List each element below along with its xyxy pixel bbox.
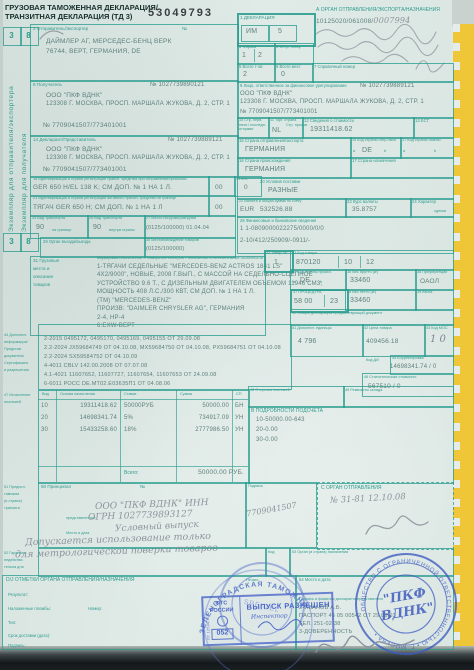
f1-cell-subtype — [269, 25, 297, 42]
f8-receiver-address: 123308 Г. МОСКВА, ПРОСП. МАРШАЛА ЖУКОВА,… — [46, 101, 230, 108]
boxA-handwritten-part: 0007994 — [373, 16, 410, 25]
f26-transport-mode-inland: 90 — [93, 224, 101, 232]
f44-label-l4: документы/ — [4, 354, 24, 359]
f12-label: 12 Сведения о стоимости — [304, 118, 354, 123]
f31-goods-line: УСТРОЙСТВО 9.6 Т., С ДИЗЕЛЬНЫМ ДВИГАТЕЛЕ… — [97, 281, 322, 288]
f33-separator — [360, 256, 361, 268]
f47-cell: 5% — [124, 415, 133, 422]
f52-label-l2: недействи- — [4, 558, 24, 563]
f14-ogrn: № 1027739889121 — [168, 137, 222, 144]
f22-label: 22 Валюта и общая сумма по счету — [239, 199, 301, 204]
f38-label: 38 Вес нетто (кг) — [347, 290, 376, 295]
f31-label-l4: товаров — [33, 282, 50, 288]
f47-cell: УН — [235, 427, 244, 434]
boxA-label: А ОРГАН ОТПРАВЛЕНИЯ/ЭКСПОРТА/НАЗНАЧЕНИЯ — [316, 7, 440, 13]
f51-label-l2: таможни — [4, 492, 19, 497]
f41-label: 41 Дополнит. единицы — [292, 326, 331, 331]
f51-label-l3: (и страна) — [4, 499, 22, 504]
f9-inn: № 7709041507/773401001 — [240, 109, 318, 116]
f45-kod-di-label: Код ДИ — [366, 358, 379, 363]
f50-signature-label: Подпись — [248, 484, 263, 489]
f47-label-l1: 47 Исчисление — [4, 393, 31, 398]
f31-label-l2: места и — [33, 266, 49, 272]
form-title-line2: ТРАНЗИТНАЯ ДЕКЛАРАЦИЯ (ТД 3) — [5, 12, 132, 21]
fB-calc-line: 10-50000.00-643 — [256, 417, 305, 424]
f35-gross-weight: 33460 — [350, 277, 370, 285]
f15a-label: 15 Код страны отпр./эксп. — [352, 138, 398, 143]
f27-label: 27 Место погрузки/разгрузки — [146, 216, 196, 221]
f27-loading-place: (0125/100000) 01.04.04 — [146, 225, 209, 231]
f16-origin-country: ГЕРМАНИЯ — [245, 166, 285, 174]
f15-export-country: ГЕРМАНИЯ — [245, 146, 285, 154]
f2-sender-name: ДАЙМЛЕР АГ, МЕРСЕДЕС-БЕНЦ ВЕРК — [46, 38, 172, 45]
f33-separator — [338, 256, 339, 268]
f21-code: 00 — [215, 204, 223, 211]
f2-sender-address: 76744, ВЕРТ, ГЕРМАНИЯ, DE — [46, 48, 141, 55]
perforation-notches — [453, 24, 460, 646]
f50-label: 50 Принципал — [41, 484, 71, 490]
f1-declaration-subtype: 5 — [278, 28, 282, 36]
f31-goods-line: ПРОИЗВ: "DAIMLER CHRYSLER AG", ГЕРМАНИЯ — [97, 306, 245, 313]
f47-total-label: Всего: — [124, 470, 139, 476]
f51-label-l1: 51 Предпол. — [4, 485, 26, 490]
declarant-signature-scribble — [310, 626, 420, 662]
f49-label: 49 Реквизиты склада — [345, 388, 382, 393]
f26-label: 26 Вид транспорта — [89, 216, 122, 221]
f31-goods-line: 4X2/9000", НОВЫЕ, 2008 Г.ВЫП., С МАССОЙ … — [97, 272, 313, 279]
f30-label: 30 Местонахождение товаров — [146, 238, 199, 243]
f16-label: 16 Страна происхождения — [239, 158, 290, 163]
f15a-a-mark: a — [353, 149, 355, 154]
f14-label: 14 Декларант/Представитель — [33, 137, 96, 143]
f37-procedure-sub: 23 — [330, 298, 338, 306]
f47-cell: 20 — [41, 415, 48, 422]
copy-vertical-label-sender: Экземпляр для отправителя/экспортера — [8, 86, 15, 233]
f47-cell: 2777986.50 — [178, 427, 229, 434]
f31-label-l3: описание — [33, 274, 53, 280]
f34-a-mark: a — [293, 280, 295, 285]
f18-label: 18 Идентификация и страна регистрации тр… — [33, 177, 187, 182]
f17-label: 17 Страна назначения — [352, 158, 396, 163]
f28-bank-line2: 2-10/412/250909/-0911/- — [240, 238, 310, 245]
f33-hs-sub1: 10 — [344, 259, 352, 267]
f9-address: 123308 Г. МОСКВА, ПРОСП. МАРШАЛА ЖУКОВА,… — [240, 99, 424, 106]
f44-doc-line: 4-4011 CBLV 142.00.2008 ОТ 07.07.08 — [44, 363, 147, 369]
f47-header-sp: СП — [236, 392, 241, 397]
f24-sub-label: сделки — [434, 209, 446, 214]
f15a-country-code: DE — [362, 147, 372, 155]
f25-label: 25 Вид транспорта — [32, 216, 65, 221]
f5-total-goods: 2 — [243, 71, 247, 79]
f32-label: 32 Товар — [266, 251, 282, 256]
f42-item-price: 409456.18 — [366, 338, 399, 345]
f33-hs-code: 870120 — [296, 259, 321, 267]
copy-vertical-label-receiver: Экземпляр для получателя — [21, 133, 28, 232]
f17k-a-mark: a — [403, 149, 405, 154]
f6-total-packages: 0 — [281, 71, 285, 79]
f34-origin-code: DE — [300, 277, 310, 285]
f47-cell: 19311418.62 — [58, 403, 117, 410]
fB-calc-line: 20-0.00 — [256, 427, 278, 434]
customs-declaration-scan: ГРУЗОВАЯ ТАМОЖЕННАЯ ДЕКЛАРАЦИЯ/ ТРАНЗИТН… — [0, 0, 474, 670]
f32-item-number: 1 — [274, 259, 278, 267]
f37-separator — [324, 295, 325, 307]
fD-type-label: Тип: — [8, 620, 16, 625]
f32-no-mark: № — [283, 251, 287, 256]
f45-label: 45 Корректировка — [392, 356, 424, 361]
f11-label: 11 Торг. страна — [270, 118, 296, 123]
f31-label-l1: 31 Грузовые — [33, 258, 59, 264]
f33-hs-sub2: 12 — [366, 259, 374, 267]
f44-label-l5: Сертификаты — [4, 361, 28, 366]
f44-label-l6: и разрешения — [4, 368, 29, 373]
f13-label: 13 ЕСТ — [415, 118, 429, 123]
f24-label: 24 Характер — [412, 199, 436, 204]
f33-label: 33 Код товара — [292, 251, 317, 256]
f29-label: 29 Орган въезда/выезда — [43, 239, 90, 244]
f52-label-l1: 52 Гарантия — [4, 551, 25, 556]
f10-label: 10 Стр. перв. назн./ последн. отправл. — [239, 118, 266, 132]
f34-b-mark: b — [320, 280, 322, 285]
fD-sign-label: Подпись: — [8, 643, 26, 648]
f35-label: 35 Вес брутто (кг) — [347, 270, 378, 275]
f53-code-label: Код — [268, 550, 274, 555]
f44-label-l1: 44 Дополнит. — [4, 333, 27, 338]
f47-cell: 50000.00 — [178, 403, 229, 410]
f47-cell: УН — [235, 415, 244, 422]
f47-cell: 15433258.60 — [58, 427, 117, 434]
f8-receiver-inn: № 7709041507/773401001 — [43, 122, 127, 129]
f9-name: ООО "ПКФ ВДНК" — [240, 91, 292, 98]
f47-column-line — [56, 390, 57, 482]
f44-doc-line: 4.1-4021 11607652, 11607727, 11607654, 1… — [44, 372, 217, 378]
f47-label-l2: платежей — [4, 400, 21, 405]
f40-label: 40 Общая декларация/Предшествующий докум… — [292, 311, 382, 316]
f21-active-transport: ТЯГАЧ GER 650 H; СМ ДОП. № 1 НА 1 Л — [33, 204, 163, 211]
f3-value2: 2 — [258, 52, 262, 60]
f1-label: 1 ДЕКЛАРАЦИЯ — [240, 15, 275, 21]
f48-label: 48 Отсрочка платежей — [250, 388, 290, 393]
fD-result-label: Результат: — [8, 592, 28, 597]
f36-preferences: ОАОЛ — [420, 278, 439, 285]
f47-cell: БН — [235, 403, 244, 410]
f42-label: 42 Цена товара — [364, 326, 392, 331]
f43-label: 43 Код МОС — [426, 326, 448, 331]
f22-amount: 532526.88 — [260, 206, 293, 213]
f46-label: 46 Статистическая стоимость — [364, 375, 416, 380]
partner-round-stamp: SPEIGEL — [215, 558, 310, 653]
f25-transport-mode-border: 90 — [36, 224, 44, 232]
f44-doc-line: 2.2-2024 JX59684749 ОТ 04.10.08, MX59684… — [44, 345, 281, 351]
fC-signature-scribble — [362, 508, 432, 544]
f17k-label: 17 Код страны назнач. — [402, 138, 450, 143]
f47-header-line — [38, 399, 248, 400]
f14-declarant-address: 123308 Г. МОСКВА, ПРОСП. МАРШАЛА ЖУКОВА,… — [46, 155, 230, 162]
f28-label: 28 Финансовые и банковские сведения — [240, 218, 316, 223]
f45-adjustment: 14698341.74 / 0 — [390, 364, 436, 371]
f31-goods-line: 1-ТЯГАЧИ СЕДЕЛЬНЫЕ "MERCEDES-BENZ ACTROS… — [97, 264, 283, 271]
f12-customs-value: 19311418.62 — [310, 126, 353, 134]
fC-label: С ОРГАН ОТПРАВЛЕНИЯ — [321, 485, 382, 491]
f47-header-rate: Ставка — [124, 392, 136, 397]
f44-doc-line: 6-6011 РОСС DE.МТ02.Е03635П1 ОТ 04.08.06 — [44, 381, 170, 387]
f26-sub-label: внутри страны — [109, 228, 135, 233]
f22-currency: EUR — [240, 206, 254, 213]
f1-declaration-type: ИМ — [246, 28, 257, 36]
f18-transport-id: GER 650 H/EL 138 K; СМ ДОП. № 1 НА 1 Л. — [33, 184, 172, 191]
f47-cell: 14698341.74 — [58, 415, 117, 422]
f34-label: 34 Код страны происх. — [292, 270, 332, 275]
f6-label: 6 Всего мест — [276, 64, 301, 69]
fD-seals-label: Наложенные пломбы: — [8, 606, 51, 611]
f47-header-basis: Основа начисления — [60, 392, 95, 397]
f47-cell: 50000РУБ — [124, 403, 154, 410]
top-right-corner — [452, 0, 474, 26]
f28-bank-line1: 1 1-0809000022275/0000/0/0 — [240, 226, 324, 233]
f47-total-value: 50000.00 РУБ. — [160, 469, 244, 476]
copy-number-3-top: 3 — [3, 31, 20, 40]
f31-goods-line: 2-4, НР-4 — [97, 315, 124, 322]
f31-goods-line: (ТМ) "MERCEDES-BENZ" — [97, 298, 172, 305]
fB-calc-line: 30-0.00 — [256, 437, 278, 444]
f50-no-mark: № — [140, 484, 145, 490]
f47-header-sum: Сумма — [180, 392, 192, 397]
f43-handwritten-code: 1 0 — [430, 334, 446, 345]
partner-stamp-text: SPEIGEL — [243, 599, 281, 615]
f37-procedure-code: 58 00 — [294, 298, 313, 306]
f15a-b-mark: b — [384, 149, 386, 154]
f47-column-line — [120, 390, 121, 482]
f23-label: 23 Курс валюты — [347, 199, 378, 204]
f8-receiver-name: ООО "ПКФ ВДНК" — [46, 92, 102, 99]
f8-ogrn: № 1027739890121 — [150, 82, 204, 89]
f37-label: 37 ПРОЦЕДУРА — [293, 290, 322, 295]
f14-declarant-name: ООО "ПКФ ВДНК" — [46, 146, 102, 153]
f36-label: 36 Преференции — [417, 270, 447, 275]
f47-total-line — [38, 466, 248, 467]
f18-code: 00 — [215, 184, 223, 191]
f21-label: 21 Идентификация и страна регистрации ак… — [33, 196, 176, 201]
f4-label: 4 Отгр. спец. — [276, 44, 301, 49]
f30-goods-location: (0125/100000) — [146, 246, 184, 252]
f14-declarant-inn: № 7709041507/773401001 — [43, 166, 127, 173]
f2-no-label: № — [182, 26, 187, 32]
f3-value1: 1 — [242, 52, 246, 60]
f25-sub-label: на границе — [52, 228, 71, 233]
f2-label: 2 Отправитель/Экспортер — [33, 26, 88, 32]
f20-delivery-terms: РАЗНЫЕ — [268, 187, 298, 195]
f44-label-l3: Представ. — [4, 347, 22, 352]
f31-header: Маркировка и количество – Номера контейн… — [97, 256, 263, 261]
form-number: 53049793 — [148, 7, 213, 19]
f51-label-l4: транзита — [4, 506, 20, 511]
boxA-typed-part: 10125020/061008/ — [316, 18, 373, 25]
f39-label: 39 Квота — [417, 290, 432, 295]
f47-cell: 10 — [41, 403, 48, 410]
f31-goods-line: МОЩНОСТЬ 408 Л.С./300 КВТ, СМ ДОП. № 1 Н… — [97, 289, 255, 296]
f7-label: 7 Справочный номер — [314, 64, 355, 69]
fB-label: В ПОДРОБНОСТИ ПОДСЧЕТА — [251, 408, 323, 414]
f44-label-l2: информация/ — [4, 340, 28, 345]
f23-exchange-rate: 35.8757 — [352, 206, 377, 213]
f44-doc-line: 2-2015 0495172, 0495170, 0495169, 049515… — [44, 336, 200, 342]
f3-separator — [254, 49, 255, 62]
f44-doc-line: 2.2-2024 SX59584752 ОТ 04.10.09 — [44, 354, 137, 360]
f47-cell: 30 — [41, 427, 48, 434]
f52-label-l3: тельна для — [4, 565, 24, 570]
f15-label: 15 Страна отправления/экспорта — [239, 138, 303, 143]
form-title-line1: ГРУЗОВАЯ ТАМОЖЕННАЯ ДЕКЛАРАЦИЯ/ — [5, 3, 158, 12]
fD-term-label: Срок доставки (дата): — [8, 633, 50, 638]
f47-cell: 734917.09 — [178, 415, 229, 422]
fD-label: D/J ОТМЕТКИ ОРГАНА ОТПРАВЛЕНИЯ/НАЗНАЧЕНИ… — [6, 577, 134, 583]
f9-label: 9 Лицо, ответственное за финансовое урег… — [240, 83, 347, 88]
f47-header-vid: Вид — [42, 392, 49, 397]
f47-cell: 18% — [124, 427, 137, 434]
f41-supplementary-units: 4 796 — [298, 338, 317, 346]
f38-net-weight: 33460 — [350, 297, 370, 305]
f9-ogrn: № 1027739889121 — [360, 83, 414, 90]
fD-number-label: Номер: — [88, 606, 102, 611]
f5-label: 5 Всего т-ов — [239, 64, 263, 69]
left-scan-edge — [0, 0, 3, 670]
f53-label: 53 Орган (и страна) назначения — [292, 550, 348, 555]
f8-label: 8 Получатель — [33, 82, 62, 88]
f20-label: 20 Условия поставки — [260, 179, 300, 184]
f17k-b-mark: b — [434, 149, 436, 154]
copy-number-3-mid: 3 — [3, 237, 20, 246]
f11-trade-country: NL — [272, 127, 281, 135]
